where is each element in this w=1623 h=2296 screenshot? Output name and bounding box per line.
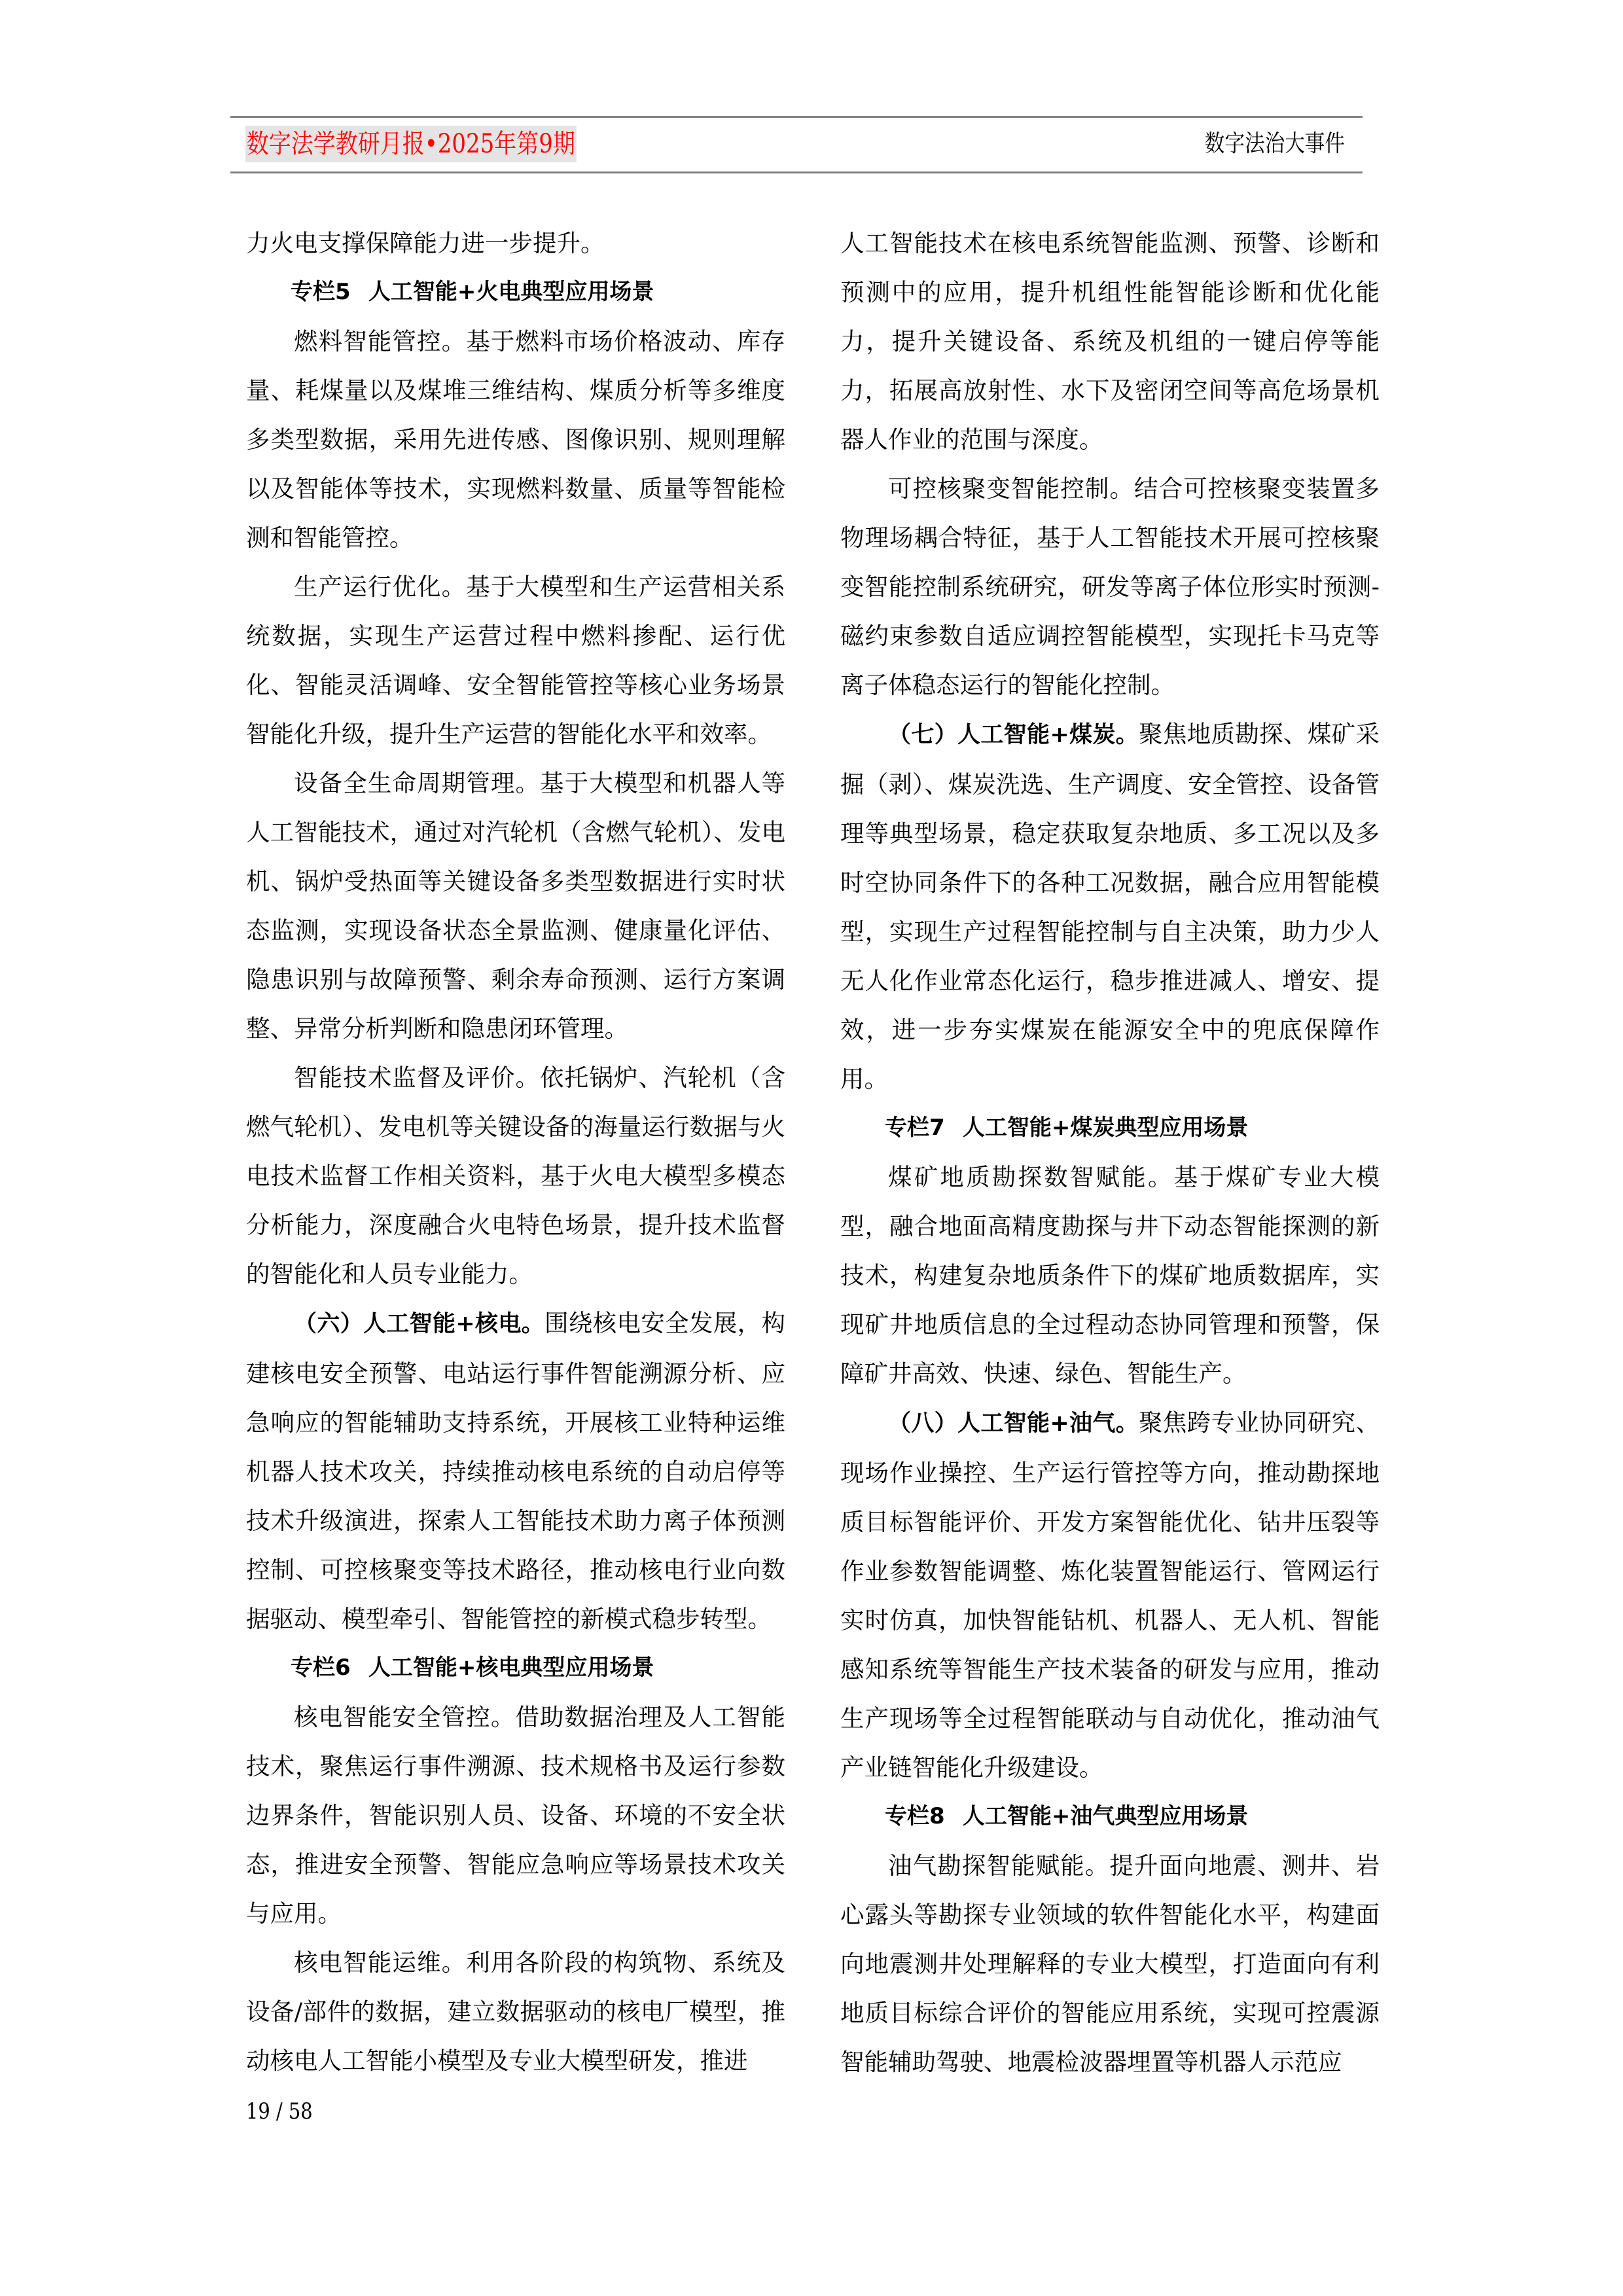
box-title-5: 专栏5人工智能+火电典型应用场景 (246, 268, 785, 317)
paragraph-tech-supervision: 智能技术监督及评价。依托锅炉、汽轮机（含燃气轮机）、发电机等关键设备的海量运行数… (246, 1053, 785, 1299)
journal-title: 数字法学教研月报•2025年第9期 (245, 126, 577, 162)
box-number: 专栏5 (291, 279, 351, 305)
paragraph-oil-exploration: 油气勘探智能赋能。提升面向地震、测井、岩心露头等勘探专业领域的软件智能化水平，构… (840, 1841, 1380, 2087)
section-body: 聚焦跨专业协同研究、现场作业操控、生产运行管控等方向，推动勘探地质目标智能评价、… (840, 1408, 1380, 1782)
paragraph-equipment-lifecycle: 设备全生命周期管理。基于大模型和机器人等人工智能技术，通过对汽轮机（含燃气轮机）… (246, 759, 785, 1053)
header-top-rule (230, 116, 1363, 118)
box-title-7: 专栏7人工智能+煤炭典型应用场景 (840, 1103, 1380, 1153)
section-body: 聚焦地质勘探、煤矿采掘（剥）、煤炭洗选、生产调度、安全管控、设备管理等典型场景，… (840, 720, 1380, 1093)
paragraph-nuclear-safety: 核电智能安全管控。借助数据治理及人工智能技术，聚焦运行事件溯源、技术规格书及运行… (246, 1693, 785, 1938)
continuation-paragraph: 人工智能技术在核电系统智能监测、预警、诊断和预测中的应用，提升机组性能智能诊断和… (840, 219, 1380, 464)
paragraph-nuclear-om: 核电智能运维。利用各阶段的构筑物、系统及设备/部件的数据，建立数据驱动的核电厂模… (246, 1938, 785, 2085)
left-column: 力火电支撑保障能力进一步提升。 专栏5人工智能+火电典型应用场景 燃料智能管控。… (246, 219, 785, 2085)
box-title-text: 人工智能+煤炭典型应用场景 (963, 1115, 1249, 1141)
box-number: 专栏7 (885, 1115, 945, 1141)
box-title-text: 人工智能+火电典型应用场景 (368, 279, 654, 305)
paragraph-production-optimization: 生产运行优化。基于大模型和生产运营相关系统数据，实现生产运营过程中燃料掺配、运行… (246, 562, 785, 759)
box-number: 专栏6 (291, 1655, 351, 1681)
section-nuclear: （六）人工智能+核电。围绕核电安全发展，构建核电安全预警、电站运行事件智能溯源分… (246, 1299, 785, 1643)
paragraph-fuel-control: 燃料智能管控。基于燃料市场价格波动、库存量、耗煤量以及煤堆三维结构、煤质分析等多… (246, 317, 785, 562)
section-label: 数字法治大事件 (1205, 126, 1345, 162)
section-heading: （七）人工智能+煤炭。 (888, 722, 1139, 748)
section-heading: （六）人工智能+核电。 (294, 1311, 544, 1337)
box-title-6: 专栏6人工智能+核电典型应用场景 (246, 1643, 785, 1693)
box-number: 专栏8 (885, 1803, 945, 1829)
section-body: 围绕核电安全发展，构建核电安全预警、电站运行事件智能溯源分析、应急响应的智能辅助… (246, 1309, 785, 1633)
section-heading: （八）人工智能+油气。 (888, 1410, 1139, 1437)
right-column: 人工智能技术在核电系统智能监测、预警、诊断和预测中的应用，提升机组性能智能诊断和… (840, 219, 1380, 2087)
box-title-text: 人工智能+油气典型应用场景 (963, 1803, 1249, 1829)
box-title-8: 专栏8人工智能+油气典型应用场景 (840, 1792, 1380, 1841)
paragraph-fusion-control: 可控核聚变智能控制。结合可控核聚变装置多物理场耦合特征，基于人工智能技术开展可控… (840, 464, 1380, 709)
section-coal: （七）人工智能+煤炭。聚焦地质勘探、煤矿采掘（剥）、煤炭洗选、生产调度、安全管控… (840, 709, 1380, 1103)
section-oil-gas: （八）人工智能+油气。聚焦跨专业协同研究、现场作业操控、生产运行管控等方向，推动… (840, 1398, 1380, 1792)
page-number: 19 / 58 (246, 2098, 313, 2125)
header-bottom-rule (230, 171, 1363, 173)
box-title-text: 人工智能+核电典型应用场景 (368, 1655, 654, 1681)
paragraph-coal-geology: 煤矿地质勘探数智赋能。基于煤矿专业大模型，融合地面高精度勘探与井下动态智能探测的… (840, 1153, 1380, 1398)
continuation-paragraph: 力火电支撑保障能力进一步提升。 (246, 219, 785, 268)
